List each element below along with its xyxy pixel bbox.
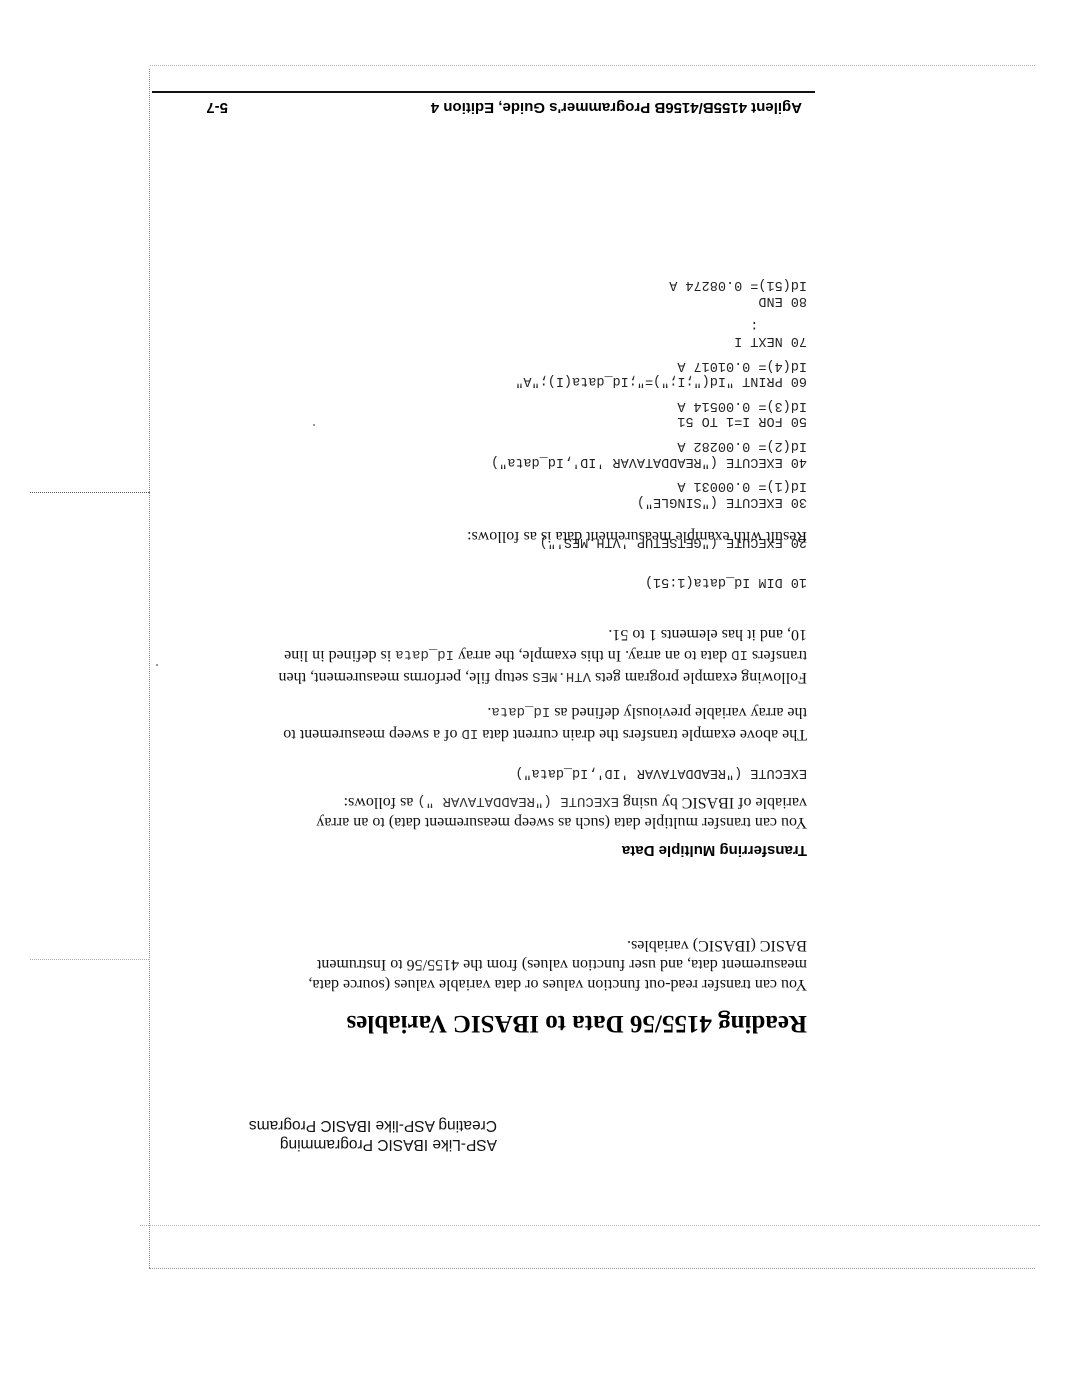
inline-code: Id_data [395,647,454,663]
scanned-page: ASP-Like IBASIC Programming Creating ASP… [0,0,1080,1399]
inline-code: EXECUTE ("READDATAVAR ") [417,794,619,810]
inline-code: Id_data [491,704,550,720]
scan-frame-top-outer [140,1225,1040,1226]
result-listing: Id(1)= 0.00031 A Id(2)= 0.00282 A Id(3)=… [669,251,807,519]
scan-speck [313,424,315,426]
running-head-section: Creating ASP-like IBASIC Programs [249,1116,497,1135]
section-title: Reading 4155/56 Data to IBASIC Variables [347,1009,807,1037]
result-line: Id(51)= 0.08274 A [669,278,807,291]
paragraph-transfer-array: You can transfer multiple data (such as … [267,791,807,832]
footer-rule [152,91,815,93]
footer-book-title: Agilent 4155B/4156B Programmer's Guide, … [431,99,802,116]
scan-mark [30,959,150,960]
scan-frame-top [150,1268,1035,1269]
running-head: ASP-Like IBASIC Programming Creating ASP… [249,1116,497,1154]
example-command: EXECUTE ("READDATAVAR 'ID',Id_data") [515,766,807,779]
program-line: 10 DIM Id_data(1:51) [491,575,807,588]
page-number: 5-7 [206,99,228,116]
scan-frame-side [149,69,150,1269]
scan-mark [30,492,150,493]
result-line: : [669,318,807,331]
inline-code: ID [731,647,748,663]
result-line: Id(1)= 0.00031 A [669,479,807,492]
paragraph-program-description: Following example program gets VTH.MES s… [267,625,807,688]
result-intro: Result with example measurement data is … [267,527,807,547]
inline-code: VTH.MES [532,668,591,684]
subsection-title: Transferring Multiple Data [622,842,807,859]
result-line: Id(4)= 0.01017 A [669,358,807,371]
result-line: Id(2)= 0.00282 A [669,439,807,452]
scan-speck [156,664,158,666]
paragraph-example-explanation: The above example transfers the drain cu… [267,701,807,744]
inline-code: ID [461,725,478,741]
result-line: Id(3)= 0.00514 A [669,398,807,411]
running-head-chapter: ASP-Like IBASIC Programming [249,1135,497,1154]
intro-paragraph: You can transfer read-out function value… [267,936,807,995]
scan-frame-bottom [150,65,1035,66]
